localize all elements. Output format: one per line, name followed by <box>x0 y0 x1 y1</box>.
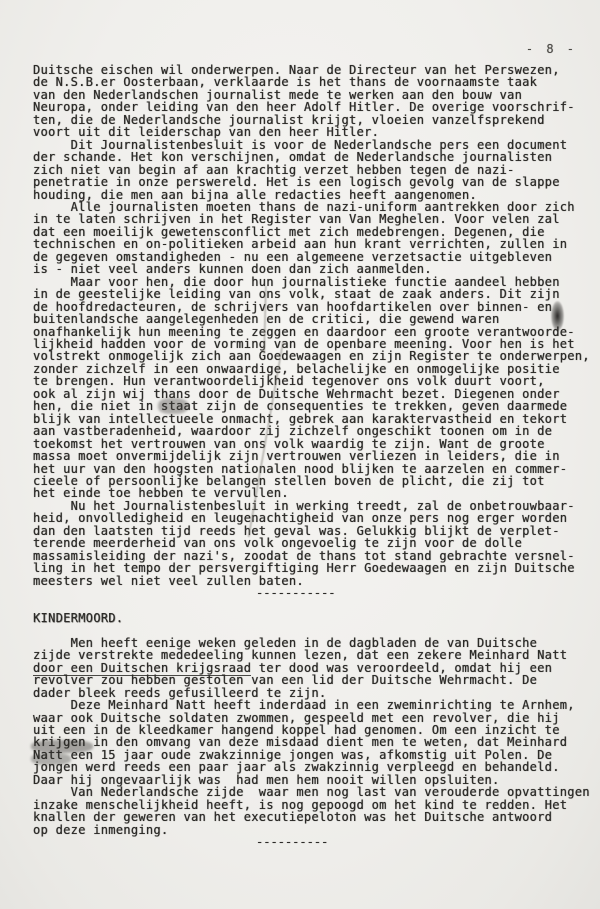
paragraph: Duitsche eischen wil onderwerpen. Naar d… <box>33 64 599 139</box>
paragraph-text: Men heeft eenige weken geleden in de dag… <box>33 636 567 662</box>
typed-divider: ---------- <box>33 836 599 848</box>
paragraph: Alle journalisten moeten thans de nazi-u… <box>33 201 599 276</box>
ink-smudge <box>31 753 71 765</box>
paragraph: Maar voor hen, die door hun journalistie… <box>33 276 599 500</box>
paragraph: Nu het Journalistenbesluit in werking tr… <box>33 500 599 587</box>
section-heading: KINDERMOORD. <box>33 612 599 624</box>
ink-smudge <box>31 740 93 753</box>
paragraph: Dit Journalistenbesluit is voor de Neder… <box>33 139 599 201</box>
ink-blob <box>551 301 564 331</box>
page-number: - 8 - <box>526 42 577 56</box>
paragraph: Deze Meinhard Natt heeft inderdaad in ee… <box>33 699 599 786</box>
ink-smudge <box>158 398 188 414</box>
document-body: Duitsche eischen wil onderwerpen. Naar d… <box>33 64 599 849</box>
typed-divider: ----------- <box>33 587 599 599</box>
paragraph: Men heeft eenige weken geleden in de dag… <box>33 637 599 699</box>
paragraph: Van Nederlandsche zijde waar men nog las… <box>33 786 599 836</box>
scanned-document-page: - 8 - Duitsche eischen wil onderwerpen. … <box>0 0 600 909</box>
